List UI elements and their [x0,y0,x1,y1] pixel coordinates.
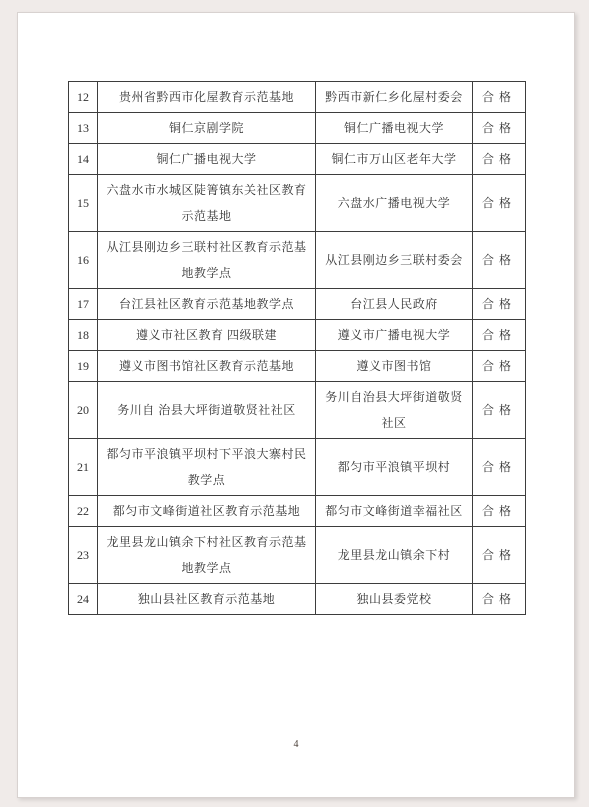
table-row: 22 都匀市文峰街道社区教育示范基地 都匀市文峰街道幸福社区 合格 [69,496,526,527]
status-cell: 合格 [473,527,526,584]
table-row: 17 台江县社区教育示范基地教学点 台江县人民政府 合格 [69,289,526,320]
row-index-cell: 19 [69,351,98,382]
table-row: 23 龙里县龙山镇余下村社区教育示范基地教学点 龙里县龙山镇余下村 合格 [69,527,526,584]
organization-cell: 务川自治县大坪街道敬贤社区 [316,382,473,439]
site-name-cell: 台江县社区教育示范基地教学点 [98,289,316,320]
status-cell: 合格 [473,144,526,175]
site-name-cell: 龙里县龙山镇余下村社区教育示范基地教学点 [98,527,316,584]
table-row: 20 务川自 治县大坪街道敬贤社社区 务川自治县大坪街道敬贤社区 合格 [69,382,526,439]
table-row: 19 遵义市图书馆社区教育示范基地 遵义市图书馆 合格 [69,351,526,382]
status-cell: 合格 [473,320,526,351]
row-index-cell: 15 [69,175,98,232]
row-index-cell: 18 [69,320,98,351]
row-index-cell: 23 [69,527,98,584]
document-page: 12 贵州省黔西市化屋教育示范基地 黔西市新仁乡化屋村委会 合格 13 铜仁京剧… [17,12,575,798]
organization-cell: 从江县刚边乡三联村委会 [316,232,473,289]
status-cell: 合格 [473,351,526,382]
site-name-cell: 都匀市平浪镇平坝村下平浪大寨村民教学点 [98,439,316,496]
site-name-cell: 贵州省黔西市化屋教育示范基地 [98,82,316,113]
row-index-cell: 14 [69,144,98,175]
results-table-body: 12 贵州省黔西市化屋教育示范基地 黔西市新仁乡化屋村委会 合格 13 铜仁京剧… [69,82,526,615]
organization-cell: 都匀市平浪镇平坝村 [316,439,473,496]
organization-cell: 六盘水广播电视大学 [316,175,473,232]
row-index-cell: 22 [69,496,98,527]
status-cell: 合格 [473,439,526,496]
table-row: 24 独山县社区教育示范基地 独山县委党校 合格 [69,584,526,615]
document-viewer-background: { "page": { "background_color": "#f0ebe9… [0,0,589,807]
row-index-cell: 12 [69,82,98,113]
table-row: 12 贵州省黔西市化屋教育示范基地 黔西市新仁乡化屋村委会 合格 [69,82,526,113]
organization-cell: 都匀市文峰街道幸福社区 [316,496,473,527]
row-index-cell: 21 [69,439,98,496]
site-name-cell: 遵义市图书馆社区教育示范基地 [98,351,316,382]
results-table: 12 贵州省黔西市化屋教育示范基地 黔西市新仁乡化屋村委会 合格 13 铜仁京剧… [68,81,526,615]
organization-cell: 黔西市新仁乡化屋村委会 [316,82,473,113]
status-cell: 合格 [473,289,526,320]
site-name-cell: 铜仁广播电视大学 [98,144,316,175]
organization-cell: 遵义市广播电视大学 [316,320,473,351]
table-row: 21 都匀市平浪镇平坝村下平浪大寨村民教学点 都匀市平浪镇平坝村 合格 [69,439,526,496]
site-name-cell: 铜仁京剧学院 [98,113,316,144]
organization-cell: 台江县人民政府 [316,289,473,320]
table-row: 16 从江县刚边乡三联村社区教育示范基地教学点 从江县刚边乡三联村委会 合格 [69,232,526,289]
organization-cell: 铜仁广播电视大学 [316,113,473,144]
site-name-cell: 从江县刚边乡三联村社区教育示范基地教学点 [98,232,316,289]
status-cell: 合格 [473,113,526,144]
site-name-cell: 独山县社区教育示范基地 [98,584,316,615]
table-row: 14 铜仁广播电视大学 铜仁市万山区老年大学 合格 [69,144,526,175]
organization-cell: 独山县委党校 [316,584,473,615]
site-name-cell: 六盘水市水城区陡箐镇东关社区教育示范基地 [98,175,316,232]
site-name-cell: 都匀市文峰街道社区教育示范基地 [98,496,316,527]
site-name-cell: 务川自 治县大坪街道敬贤社社区 [98,382,316,439]
organization-cell: 龙里县龙山镇余下村 [316,527,473,584]
status-cell: 合格 [473,82,526,113]
table-row: 18 遵义市社区教育 四级联建 遵义市广播电视大学 合格 [69,320,526,351]
status-cell: 合格 [473,584,526,615]
table-row: 13 铜仁京剧学院 铜仁广播电视大学 合格 [69,113,526,144]
status-cell: 合格 [473,175,526,232]
organization-cell: 铜仁市万山区老年大学 [316,144,473,175]
table-row: 15 六盘水市水城区陡箐镇东关社区教育示范基地 六盘水广播电视大学 合格 [69,175,526,232]
status-cell: 合格 [473,382,526,439]
site-name-cell: 遵义市社区教育 四级联建 [98,320,316,351]
status-cell: 合格 [473,496,526,527]
row-index-cell: 16 [69,232,98,289]
row-index-cell: 20 [69,382,98,439]
row-index-cell: 13 [69,113,98,144]
page-number: 4 [18,739,574,750]
status-cell: 合格 [473,232,526,289]
row-index-cell: 17 [69,289,98,320]
organization-cell: 遵义市图书馆 [316,351,473,382]
row-index-cell: 24 [69,584,98,615]
